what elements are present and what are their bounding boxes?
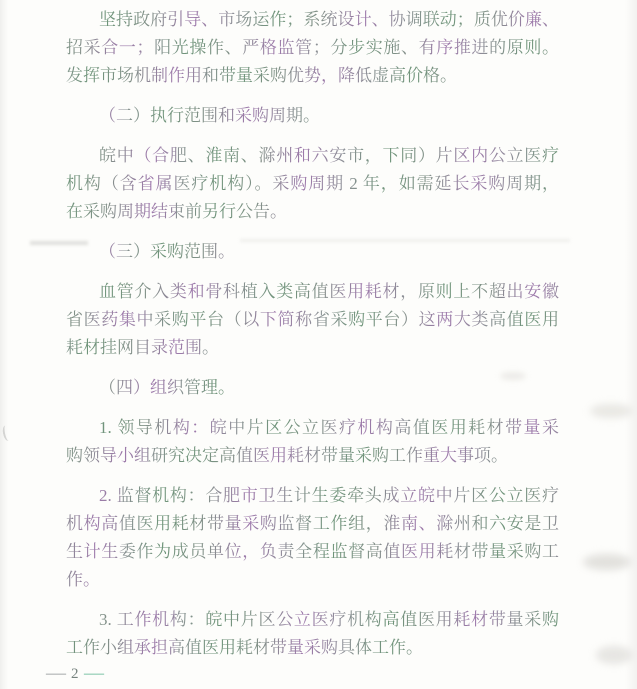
scanned-document-page: { "document": { "paragraphs": [ { "type"… [0,0,637,689]
text-line: 购领导小组研究决定高值医用耗材带量采购工作重大事项。 [66,442,559,470]
text-line: 省医药集中采购平台（以下简称省采购平台）这两大类高值医用 [66,306,559,334]
text-line: 坚持政府引导、市场运作；系统设计、协调联动；质优价廉、 [66,6,559,34]
text-line: 在采购周期结束前另行公告。 [66,198,559,226]
paragraph: 2. 监督机构：合肥市卫生计生委牵头成立皖中片区公立医疗 机构高值医用耗材带量采… [66,482,559,594]
section-heading: （三）采购范围。 [66,238,559,266]
text-line: 工作小组承担高值医用耗材带量采购具体工作。 [66,634,559,662]
footer-dash: — [84,666,104,682]
document-body: 坚持政府引导、市场运作；系统设计、协调联动；质优价廉、 招采合一；阳光操作、严格… [0,0,637,689]
paragraph: 坚持政府引导、市场运作；系统设计、协调联动；质优价廉、 招采合一；阳光操作、严格… [66,6,559,90]
text-line: 生计生委作为成员单位，负责全程监督高值医用耗材带量采购工 [66,538,559,566]
paragraph: （二）执行范围和采购周期。 [66,102,559,130]
text-line: 3. 工作机构：皖中片区公立医疗机构高值医用耗材带量采购 [66,606,559,634]
text-line: 皖中（合肥、淮南、滁州和六安市，下同）片区内公立医疗 [66,142,559,170]
text-line: 机构高值医用耗材带量采购监督工作组，淮南、滁州和六安是卫 [66,510,559,538]
page-number: 2 [69,666,81,682]
paragraph: 皖中（合肥、淮南、滁州和六安市，下同）片区内公立医疗 机构（含省属医疗机构）。采… [66,142,559,226]
text-line: 1. 领导机构：皖中片区公立医疗机构高值医用耗材带量采 [66,414,559,442]
text-line: 作。 [66,566,559,594]
section-heading: （二）执行范围和采购周期。 [66,102,559,130]
paragraph: （四）组织管理。 [66,374,559,402]
footer-dash: — [46,666,66,682]
paragraph: 3. 工作机构：皖中片区公立医疗机构高值医用耗材带量采购 工作小组承担高值医用耗… [66,606,559,662]
text-line: 招采合一；阳光操作、严格监管；分步实施、有序推进的原则。 [66,34,559,62]
text-line: 血管介入类和骨科植入类高值医用耗材，原则上不超出安徽 [66,278,559,306]
paragraph: 血管介入类和骨科植入类高值医用耗材，原则上不超出安徽 省医药集中采购平台（以下简… [66,278,559,362]
page-footer: — 2 — [48,666,102,682]
paragraph: 1. 领导机构：皖中片区公立医疗机构高值医用耗材带量采 购领导小组研究决定高值医… [66,414,559,470]
paragraph: （三）采购范围。 [66,238,559,266]
text-line: 发挥市场机制作用和带量采购优势，降低虚高价格。 [66,62,559,90]
text-line: 机构（含省属医疗机构）。采购周期 2 年，如需延长采购周期， [66,170,559,198]
text-line: 2. 监督机构：合肥市卫生计生委牵头成立皖中片区公立医疗 [66,482,559,510]
section-heading: （四）组织管理。 [66,374,559,402]
text-line: 耗材挂网目录范围。 [66,334,559,362]
